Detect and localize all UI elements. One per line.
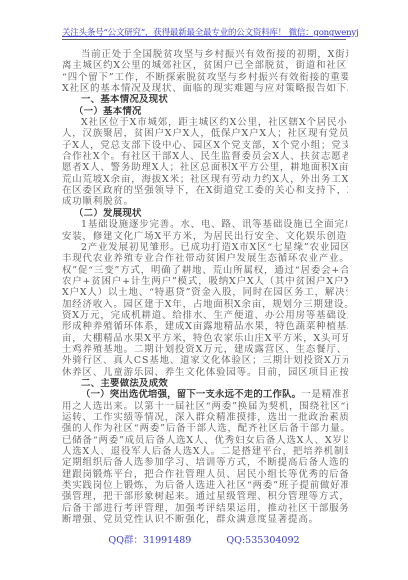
- paragraph-line: 当前正处于全国脱贫攻坚与乡村振兴有效衔接的初期，X街道X社区作为距: [62, 49, 348, 60]
- paragraph-line: 在区委区政府的坚强领导下，在X街道党工委的关心和支持下，X户贫困户X人: [62, 185, 348, 196]
- paragraph-line: “四个留下”工作，不断探索脱贫攻坚与乡村振兴有效衔接的重要举措，现将: [62, 72, 348, 83]
- bold-lead-heading: （一）突出选优培强，留下一支永远不走的工作队。: [81, 389, 301, 400]
- paragraph-line: 定期组织后备人选参加学习、培训等方式，不断提高后备人选的综合素质。搭: [62, 457, 348, 468]
- paragraph-line: 加经济收入。园区建于X年，占地面积X余亩，规划分三期建设。第一期已投: [62, 299, 348, 310]
- paragraph-line: 用之人选出来。以第十一届社区“两委”换届为契机，围绕社区“两委”班子: [62, 401, 348, 412]
- paragraph-line: 子X人，党总支部下设中心、园区X个党支部，X个党小组；党支部领办村集体: [62, 140, 348, 151]
- paragraph-line: 荒山荒坡X余亩，海拔X米；社区现有劳动力约X人，外出务工X人；近年来，: [62, 174, 348, 185]
- paragraph-line: 人选X人、退役军人后备人选X人。二是搭建平台，把培养机制建起来。通过: [62, 446, 348, 457]
- paragraph-line: 断增强、党员党性认识不断强化，群众满意度显著提高。: [62, 514, 348, 525]
- paragraph-line: X社区的基本情况及现状、面临的现实难题与应对策略报告如下。: [62, 83, 348, 94]
- paragraph-line: 愿者X人、警务助理X人；社区总面积X平方公里，耕地面积X亩，林地X余亩，: [62, 162, 348, 173]
- paragraph-line: 2产业发展初见雏形。已成功打造X市X区“七星缘”农业园区，由贵州顺: [62, 242, 348, 253]
- paragraph-line: 权”促“三变”方式，明确了耕地、荒山所属权，通过“居委会+合作社+园区+: [62, 265, 348, 276]
- footer-contacts: QQ群：31991489 QQ:535304092: [0, 532, 408, 546]
- paragraph-line: 建跟岗锻炼平台，把合作社管理人员、居民小组长等优秀的后备干部安排到各: [62, 469, 348, 480]
- qq-number: QQ:535304092: [226, 535, 299, 546]
- paragraph-line: 丰现代农业养殖专业合作社带动贫困户发展生态循环农业产业。园区以“三: [62, 253, 348, 264]
- header-divider: [62, 39, 346, 40]
- paragraph-line: X户X人）以土地、“特惠贷”资金入股，同时在园区务工，解决劳动就业，增: [62, 287, 348, 298]
- paragraph-line: X社区位于X市城郊，距主城区约X公里，社区辖X个居民小组，X户，X: [62, 117, 348, 128]
- paragraph-line: 后备干部进行考评管理，加强考评结果运用，推动社区干部服务群众的意识不: [62, 503, 348, 514]
- paragraph-line: 1基础设施逐步完善。水、电、路、讯等基础设施已全面完成，X盏路灯已: [62, 219, 348, 230]
- paragraph-line: 农户+贫困户+计生两户”模式，吸纳X户X人（其中贫困户X户X人，计生两户: [62, 276, 348, 287]
- paragraph-line: 资X万元，完成机耕道、给排水、生产便道、办公用房等基础设施建设，初步: [62, 310, 348, 321]
- paragraph-line: 休养区、儿童游乐园、养生文化体验园等。目前，园区项目正按计划有序进行。: [62, 367, 348, 378]
- document-body: 当前正处于全国脱贫攻坚与乡村振兴有效衔接的初期，X街道X社区作为距离主城区约X公…: [62, 49, 348, 525]
- paragraph-line: 安装，修建文化广场X平方米，为居民出行安全、文化娱乐创造了良好的条件。: [62, 231, 348, 242]
- section-heading: 一、基本情况及现状: [62, 94, 348, 105]
- paragraph-line: 亩，大棚精品水果X平方米，特色农家乐山庄X平方米，X头可乐猪和X羽林下: [62, 333, 348, 344]
- paragraph-line: 形成种养殖循环体系，建成X亩露地精品水果，特色蔬菜种植基地，QQ农场X: [62, 321, 348, 332]
- paragraph-line: 类实践岗位上锻炼，为后备人选进入社区“两委”班子提前做好准备。三是加: [62, 480, 348, 491]
- paragraph-line: 人，汉族聚居，贫困户X户X人，低保户X户X人；社区现有党员X名，积极份: [62, 128, 348, 139]
- paragraph-text: 一是精准摸排，把能: [301, 389, 348, 400]
- paragraph-line: 土鸡养殖基地。二期计划投资X万元，建成露营区、生态餐厅、亲子农场、野: [62, 344, 348, 355]
- qq-group-number: QQ群：31991489: [108, 535, 191, 546]
- paragraph-line: 运转、工作实绩等情况，深入群众精准摸排，选出一批政治素质高、综合实力: [62, 412, 348, 423]
- section-heading: （一）基本情况: [62, 106, 348, 117]
- section-heading: （二）发展现状: [62, 208, 348, 219]
- paragraph-line: 外骑行区、真人CS基地、道家文化体验区；三期计划投资X万元，建成接待区、: [62, 355, 348, 366]
- paragraph-line: 合作社X个。有社区干部X人、民生监督委员会X人、扶贫志愿者X人、文化志: [62, 151, 348, 162]
- section-heading: 二、主要做法及成效: [62, 378, 348, 389]
- promo-header-link[interactable]: 关注头条号“公文研究”，获得最新最全最专业的公文资料库！ 微信：gongweny…: [62, 26, 346, 38]
- paragraph-line: 已储备“两委”成员后备人选X人、优秀妇女后备人选X人、X岁以下年轻后备: [62, 435, 348, 446]
- paragraph-line: 强管理，把干部形象树起来。通过星级管理、积分管理等方式，对社区干部、: [62, 491, 348, 502]
- paragraph-line: 离主城区约X公里的城郊社区，贫困户已全部脱贫，街道和社区两委扎实开展: [62, 60, 348, 71]
- paragraph-line: 成功顺利脱贫。: [62, 196, 348, 207]
- paragraph-line: 强的人作为社区“两委”后备干部人选，配齐社区后备干部力量。目前，社区: [62, 423, 348, 434]
- paragraph-line: （一）突出选优培强，留下一支永远不走的工作队。一是精准摸排，把能: [62, 389, 348, 400]
